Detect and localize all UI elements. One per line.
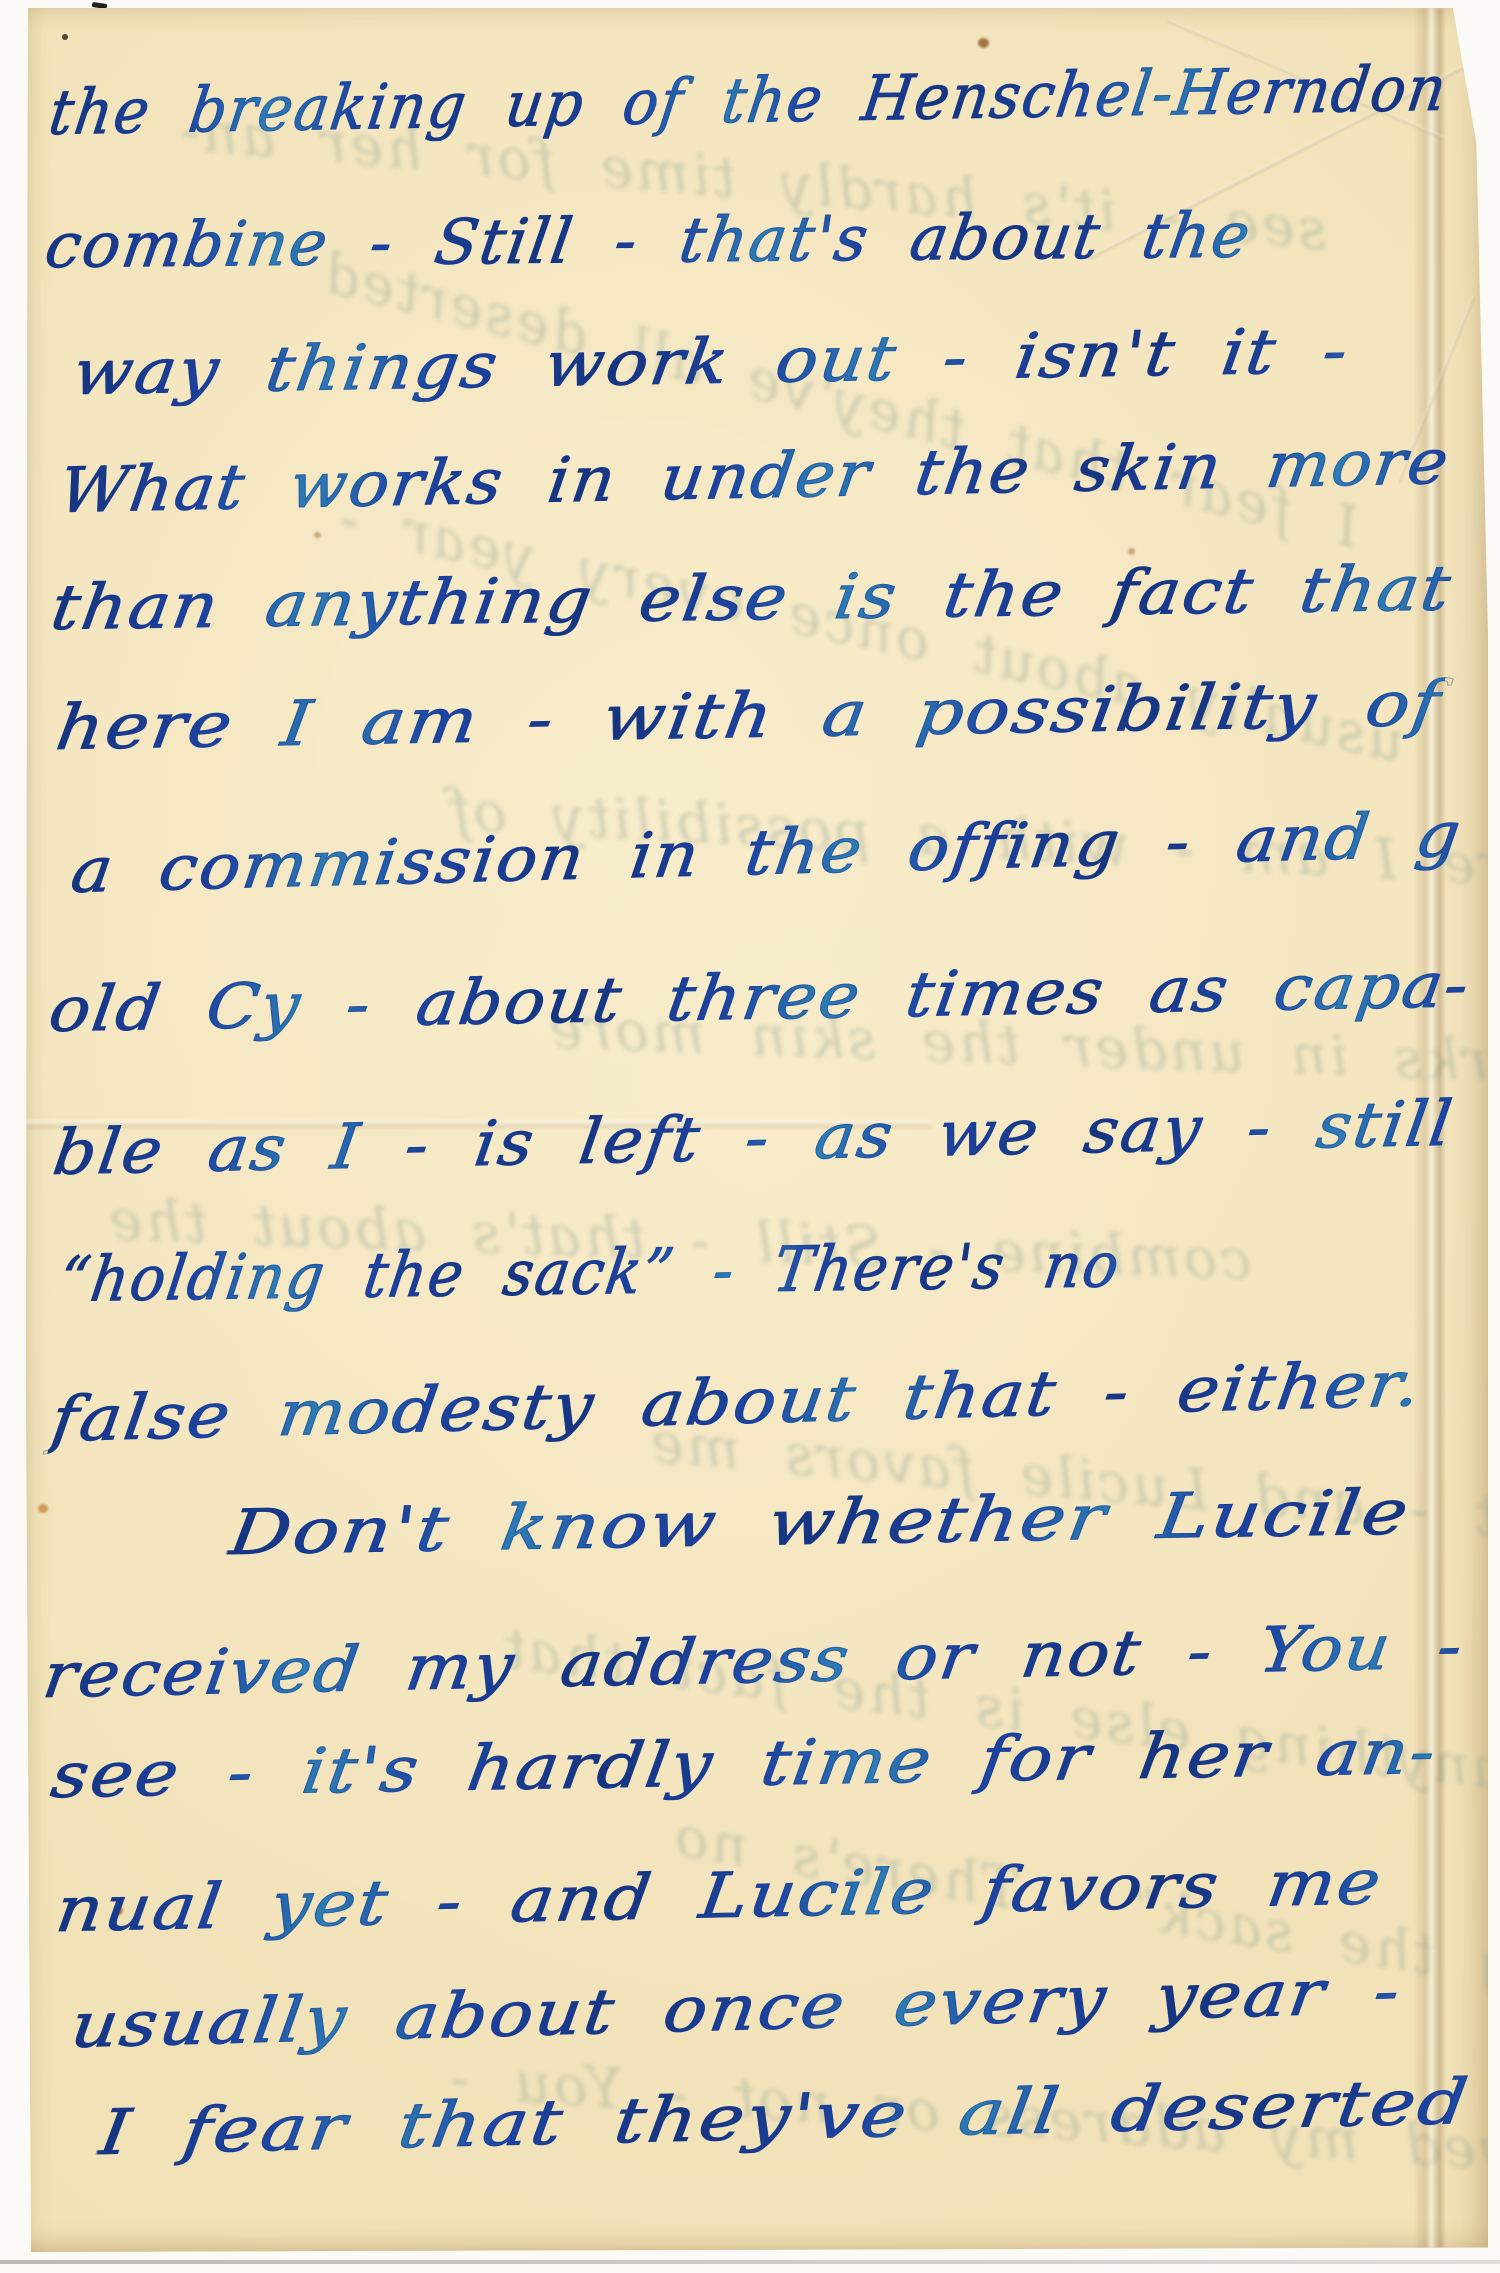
handwriting-line-12: Don't know whether Lucile (225, 1477, 1415, 1568)
handwriting-line-6: here I am - with a possibility of (52, 669, 1446, 763)
scan-debris-speck (92, 2, 108, 9)
handwriting-line-9: ble as I - is left - as we say - still (49, 1089, 1458, 1189)
handwriting-line-7: a commission in the offing - and g (67, 799, 1466, 906)
handwriting-line-5: than anything else is the fact that (47, 553, 1457, 643)
handwriting-line-13: received my address or not - You - (39, 1611, 1468, 1711)
ink-speck (62, 34, 68, 40)
foxing-spot (978, 38, 989, 48)
foxing-spot (314, 532, 321, 538)
handwriting-line-14: see - it's hardly time for her an- (47, 1717, 1442, 1811)
scanner-edge-line (0, 2260, 1500, 2264)
handwriting-line-16: usually about once every year - (67, 1956, 1405, 2061)
handwriting-line-10: “holding the sack” - There's no (55, 1230, 1125, 1315)
handwriting-line-2: combine - Still - that's about the (41, 200, 1256, 281)
handwriting-line-3: way things work out - isn't it - (69, 316, 1354, 408)
letter-sheet: see - it's hardly time for her an- I fea… (26, 8, 1488, 2252)
foxing-spot (38, 1504, 48, 1513)
scanned-letter-page: { "document": { "kind": "handwritten let… (0, 0, 1500, 2273)
foxing-spot (1128, 548, 1135, 555)
handwriting-line-1: the breaking up of the Henschel-Herndon (45, 53, 1452, 148)
